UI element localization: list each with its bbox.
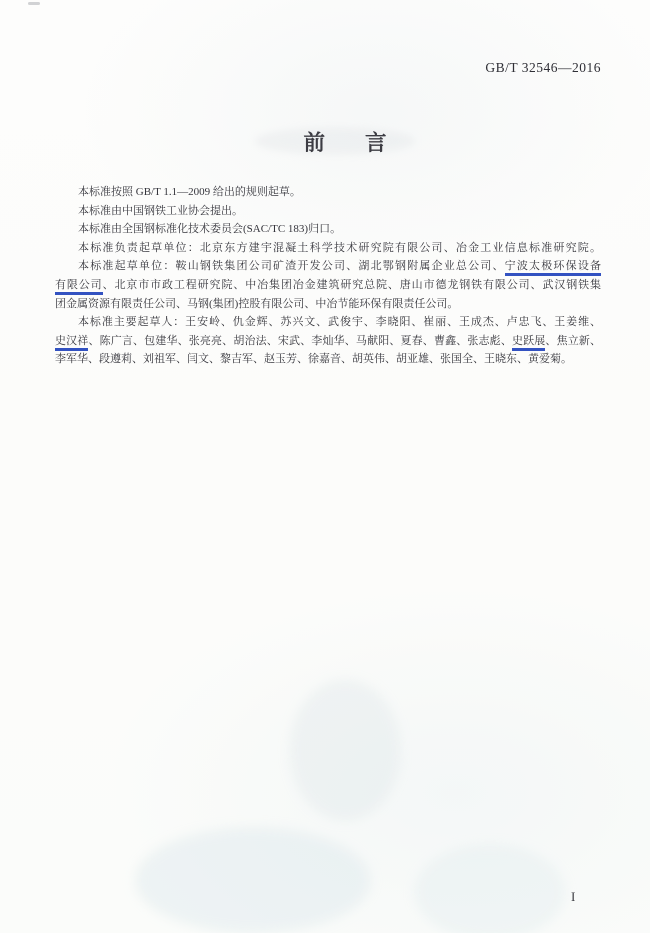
scanned-document-page: GB/T 32546—2016 前言 本标准按照 GB/T 1.1—2009 给… <box>0 0 650 933</box>
foreword-line: 有限公司、北京市市政工程研究院、中冶集团冶金建筑研究总院、唐山市德龙钢铁有限公司… <box>55 276 601 295</box>
text-segment: 本标准由全国钢标准化技术委员会(SAC/TC 183)归口。 <box>78 223 341 235</box>
scan-artifact <box>28 2 40 5</box>
underlined-text: 史跃展 <box>512 335 545 351</box>
standard-code: GB/T 32546—2016 <box>485 60 601 76</box>
underlined-text: 宁波太极环保设备 <box>505 260 601 276</box>
foreword-line: 本标准由中国钢铁工业协会提出。 <box>55 202 601 221</box>
underlined-text: 有限公司 <box>55 279 103 295</box>
text-segment: 、焦立新、 <box>545 335 601 347</box>
foreword-line: 本标准负责起草单位：北京东方建宇混凝土科学技术研究院有限公司、冶金工业信息标准研… <box>55 239 601 258</box>
foreword-title: 前言 <box>0 126 650 157</box>
text-segment: 本标准由中国钢铁工业协会提出。 <box>78 205 243 217</box>
text-segment: 团金属资源有限责任公司、马钢(集团)控股有限公司、中冶节能环保有限责任公司。 <box>55 298 458 310</box>
foreword-line: 本标准主要起草人：王安岭、仇金辉、苏兴文、武俊宇、李晓阳、崔丽、王成杰、卢忠飞、… <box>55 313 601 332</box>
text-segment: 本标准起草单位：鞍山钢铁集团公司矿渣开发公司、湖北鄂钢附属企业总公司、 <box>78 260 505 272</box>
underlined-text: 史汉祥 <box>55 335 88 351</box>
scan-artifact <box>290 680 400 820</box>
text-segment: 本标准按照 GB/T 1.1—2009 给出的规则起草。 <box>78 186 301 198</box>
foreword-line: 本标准按照 GB/T 1.1—2009 给出的规则起草。 <box>55 183 601 202</box>
foreword-line: 史汉祥、陈广言、包建华、张亮亮、胡治法、宋武、李灿华、马献阳、夏春、曹鑫、张志彪… <box>55 332 601 351</box>
foreword-line: 本标准由全国钢标准化技术委员会(SAC/TC 183)归口。 <box>55 220 601 239</box>
scan-artifact <box>415 845 565 933</box>
text-segment: 本标准主要起草人：王安岭、仇金辉、苏兴文、武俊宇、李晓阳、崔丽、王成杰、卢忠飞、… <box>78 316 601 328</box>
text-segment: 、陈广言、包建华、张亮亮、胡治法、宋武、李灿华、马献阳、夏春、曹鑫、张志彪、 <box>88 335 512 347</box>
page-number: I <box>571 889 576 905</box>
foreword-line: 团金属资源有限责任公司、马钢(集团)控股有限公司、中冶节能环保有限责任公司。 <box>55 295 601 314</box>
foreword-line: 李军华、段遵莉、刘祖军、闫文、黎吉军、赵玉芳、徐嘉音、胡英伟、胡亚雄、张国全、王… <box>55 350 601 369</box>
foreword-line: 本标准起草单位：鞍山钢铁集团公司矿渣开发公司、湖北鄂钢附属企业总公司、宁波太极环… <box>55 257 601 276</box>
text-segment: 李军华、段遵莉、刘祖军、闫文、黎吉军、赵玉芳、徐嘉音、胡英伟、胡亚雄、张国全、王… <box>55 353 572 365</box>
scan-artifact <box>135 828 370 933</box>
foreword-body: 本标准按照 GB/T 1.1—2009 给出的规则起草。本标准由中国钢铁工业协会… <box>55 183 601 369</box>
text-segment: 、北京市市政工程研究院、中冶集团冶金建筑研究总院、唐山市德龙钢铁有限公司、武汉钢… <box>103 279 601 291</box>
text-segment: 本标准负责起草单位：北京东方建宇混凝土科学技术研究院有限公司、冶金工业信息标准研… <box>78 242 601 254</box>
